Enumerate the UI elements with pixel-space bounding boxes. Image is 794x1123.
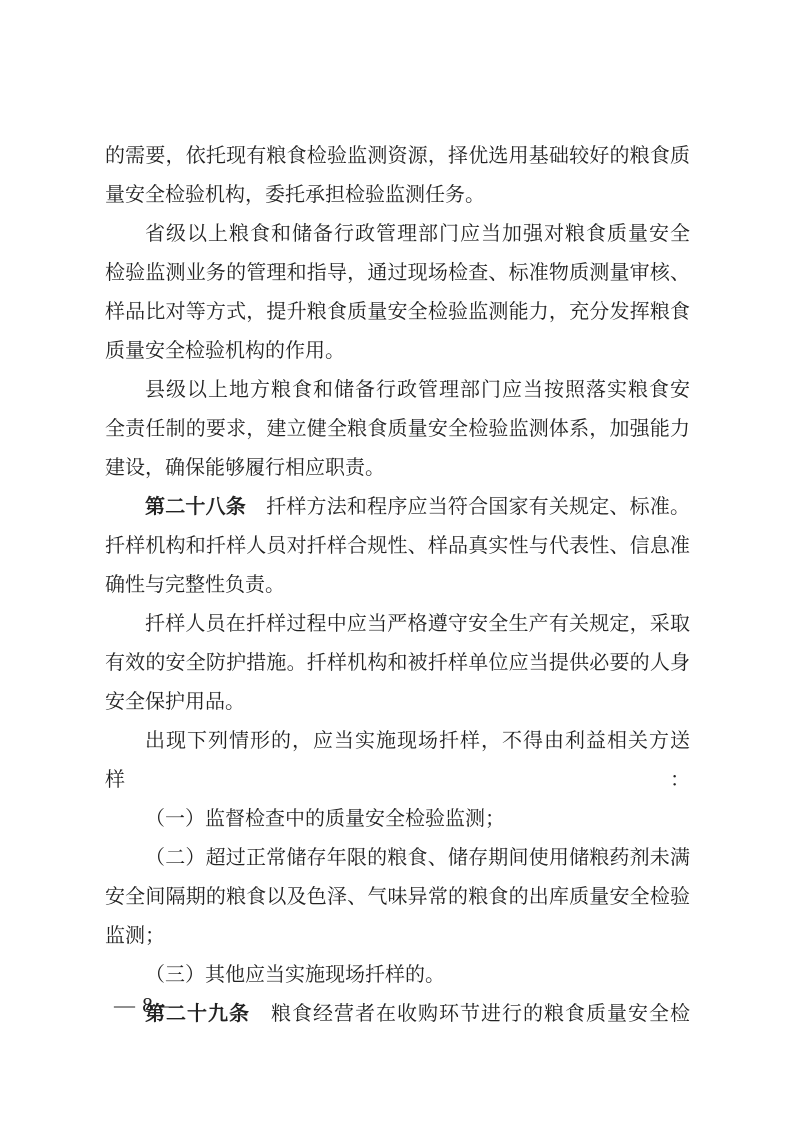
text-line: 出现下列情形的，应当实施现场扦样，不得由利益相关方送样： — [105, 722, 690, 800]
text-line: （一）监督检查中的质量安全检验监测； — [105, 800, 690, 839]
text-line: 第二十八条 扦样方法和程序应当符合国家有关规定、标准。 — [105, 488, 690, 527]
text-line: 扦样人员在扦样过程中应当严格遵守安全生产有关规定，采取 — [105, 605, 690, 644]
text-line: 检验监测业务的管理和指导，通过现场检查、标准物质测量审核、 — [105, 254, 690, 293]
text-line: 的需要，依托现有粮食检验监测资源，择优选用基础较好的粮食质 — [105, 137, 690, 176]
text-line: 量安全检验机构，委托承担检验监测任务。 — [105, 176, 690, 215]
article-number: 第二十八条 — [145, 496, 246, 518]
text-line: 样品比对等方式，提升粮食质量安全检验监测能力，充分发挥粮食 — [105, 293, 690, 332]
document-page: 的需要，依托现有粮食检验监测资源，择优选用基础较好的粮食质量安全检验机构，委托承… — [0, 0, 794, 1123]
text-line: 县级以上地方粮食和储备行政管理部门应当按照落实粮食安 — [105, 371, 690, 410]
text-line: 扦样机构和扦样人员对扦样合规性、样品真实性与代表性、信息准 — [105, 527, 690, 566]
text-line: 全责任制的要求，建立健全粮食质量安全检验监测体系，加强能力 — [105, 410, 690, 449]
text-line: 安全保护用品。 — [105, 683, 690, 722]
text-line: 安全间隔期的粮食以及色泽、气味异常的粮食的出库质量安全检验 — [105, 878, 690, 917]
text-line: （三）其他应当实施现场扦样的。 — [105, 956, 690, 995]
text-line: 有效的安全防护措施。扦样机构和被扦样单位应当提供必要的人身 — [105, 644, 690, 683]
page-number: — 8 — — [114, 995, 182, 1016]
text-line: 第二十九条 粮食经营者在收购环节进行的粮食质量安全检 — [105, 995, 690, 1034]
text-line: 监测； — [105, 917, 690, 956]
text-line: 省级以上粮食和储备行政管理部门应当加强对粮食质量安全 — [105, 215, 690, 254]
text-line: （二）超过正常储存年限的粮食、储存期间使用储粮药剂未满 — [105, 839, 690, 878]
document-body: 的需要，依托现有粮食检验监测资源，择优选用基础较好的粮食质量安全检验机构，委托承… — [105, 137, 690, 1034]
text-line: 质量安全检验机构的作用。 — [105, 332, 690, 371]
text-line: 建设，确保能够履行相应职责。 — [105, 449, 690, 488]
text-line: 确性与完整性负责。 — [105, 566, 690, 605]
